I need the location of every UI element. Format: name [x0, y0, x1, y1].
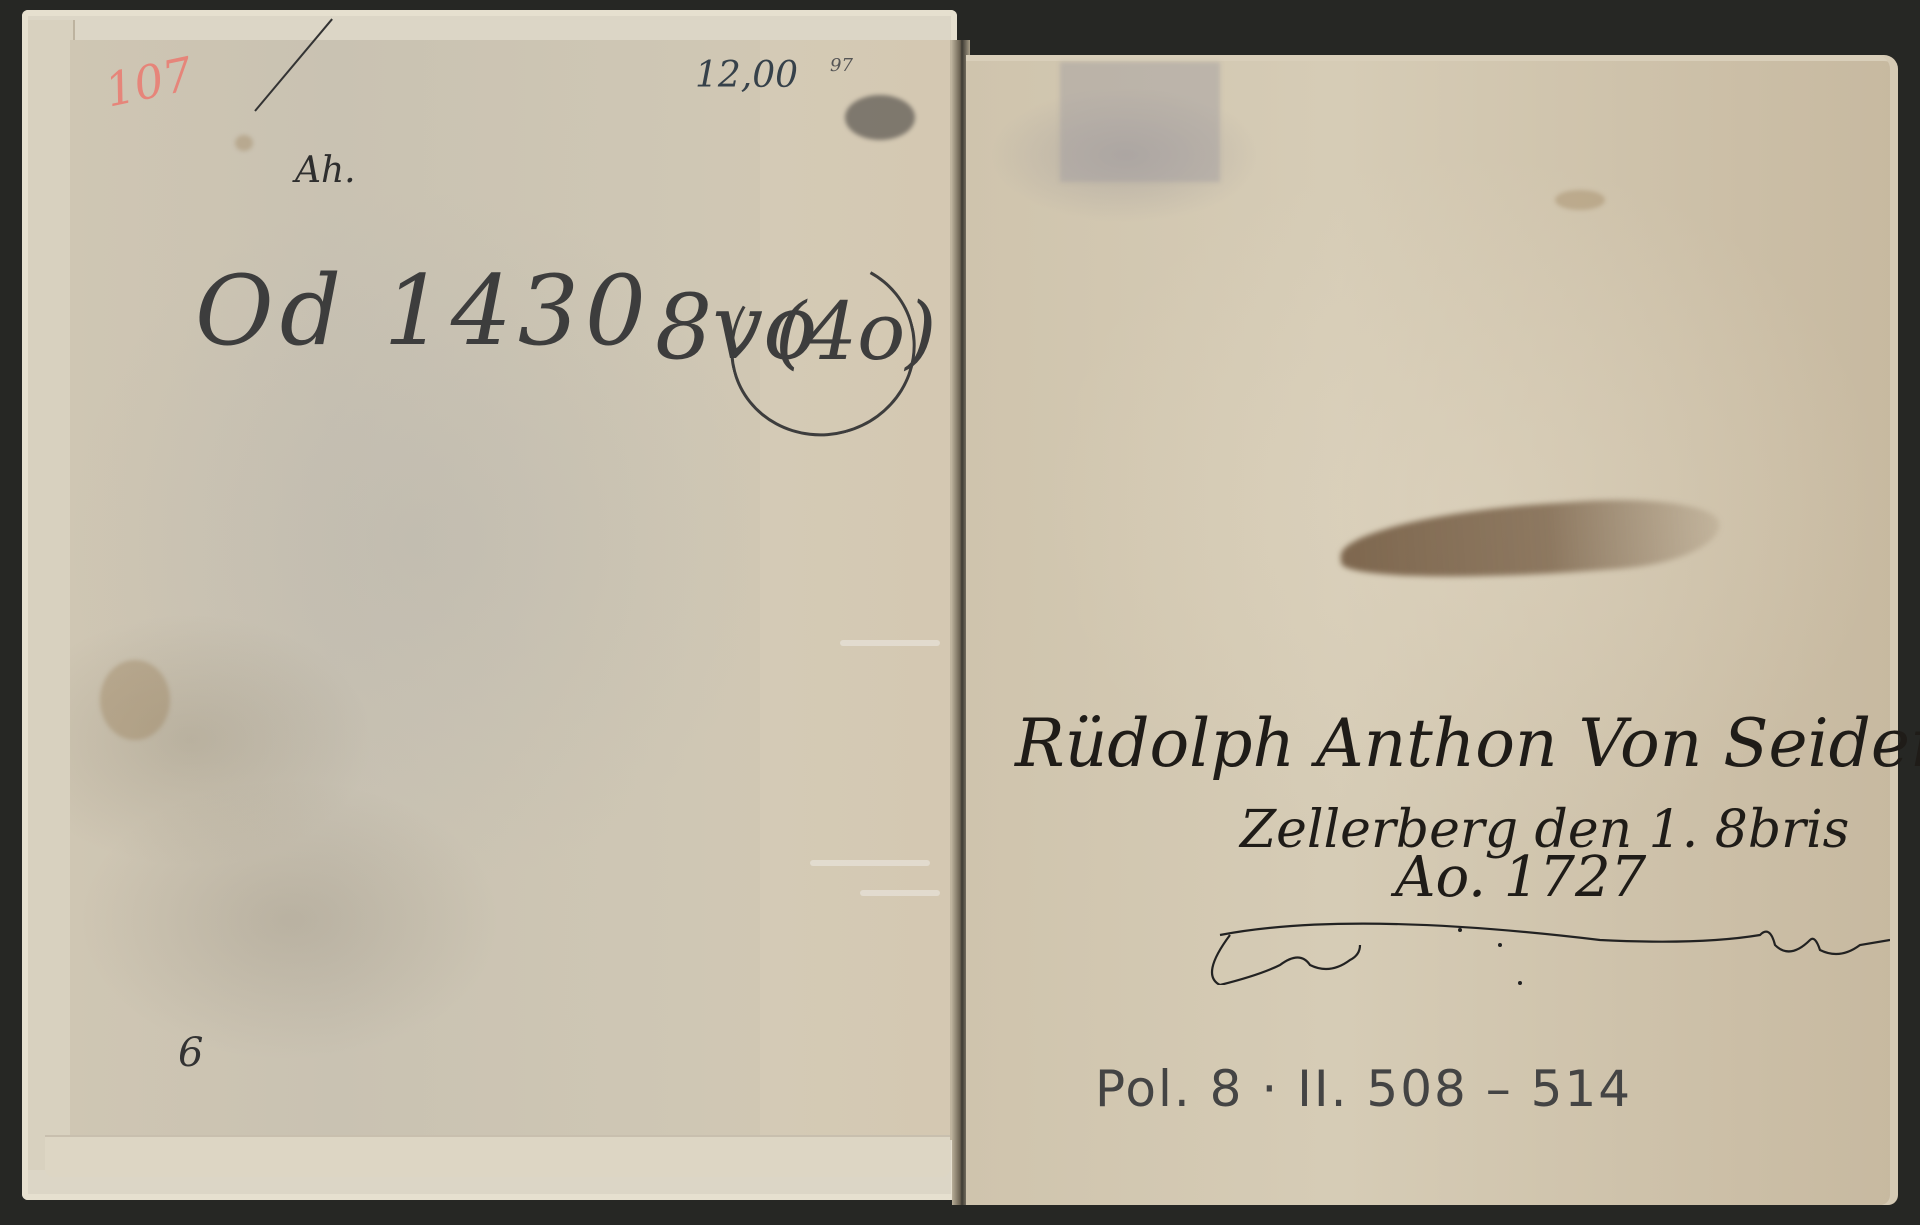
inscription-line-1: Rüdolph Anthon Von Seidenstiecker — [1015, 705, 1920, 782]
foxing-stain — [1555, 190, 1605, 210]
inscription-line-3: Ao. 1727 — [1395, 845, 1646, 910]
corner-mark: 6 — [178, 1030, 203, 1076]
shelfmark-pencil: Od 1430 — [195, 255, 652, 367]
gray-patch-stain — [1060, 62, 1220, 182]
paper-crease — [840, 640, 940, 646]
format-alt-mark: (4o) — [775, 285, 936, 378]
calligraphic-flourish — [1200, 915, 1890, 985]
pastedown-flap — [760, 40, 950, 1140]
library-shelfmark: Pol. 8 · II. 508 – 514 — [1095, 1060, 1632, 1118]
ah-mark: Ah. — [295, 150, 356, 191]
paper-crease — [810, 860, 930, 866]
paper-crease — [860, 890, 940, 896]
foxing-stain — [235, 135, 253, 151]
ink-blot — [845, 95, 915, 140]
price-mark: 12,00 — [695, 55, 798, 96]
open-book: 107 Ah. 12,00 97 Od 1430 8vo (4o) 6 Rüdo… — [0, 0, 1920, 1225]
price-superscript: 97 — [830, 55, 853, 76]
flyleaf — [966, 55, 1898, 1205]
cover-turn-in-bottom — [45, 1135, 950, 1177]
foxing-stain — [100, 660, 170, 740]
cover-turn-in-left — [28, 20, 75, 1170]
